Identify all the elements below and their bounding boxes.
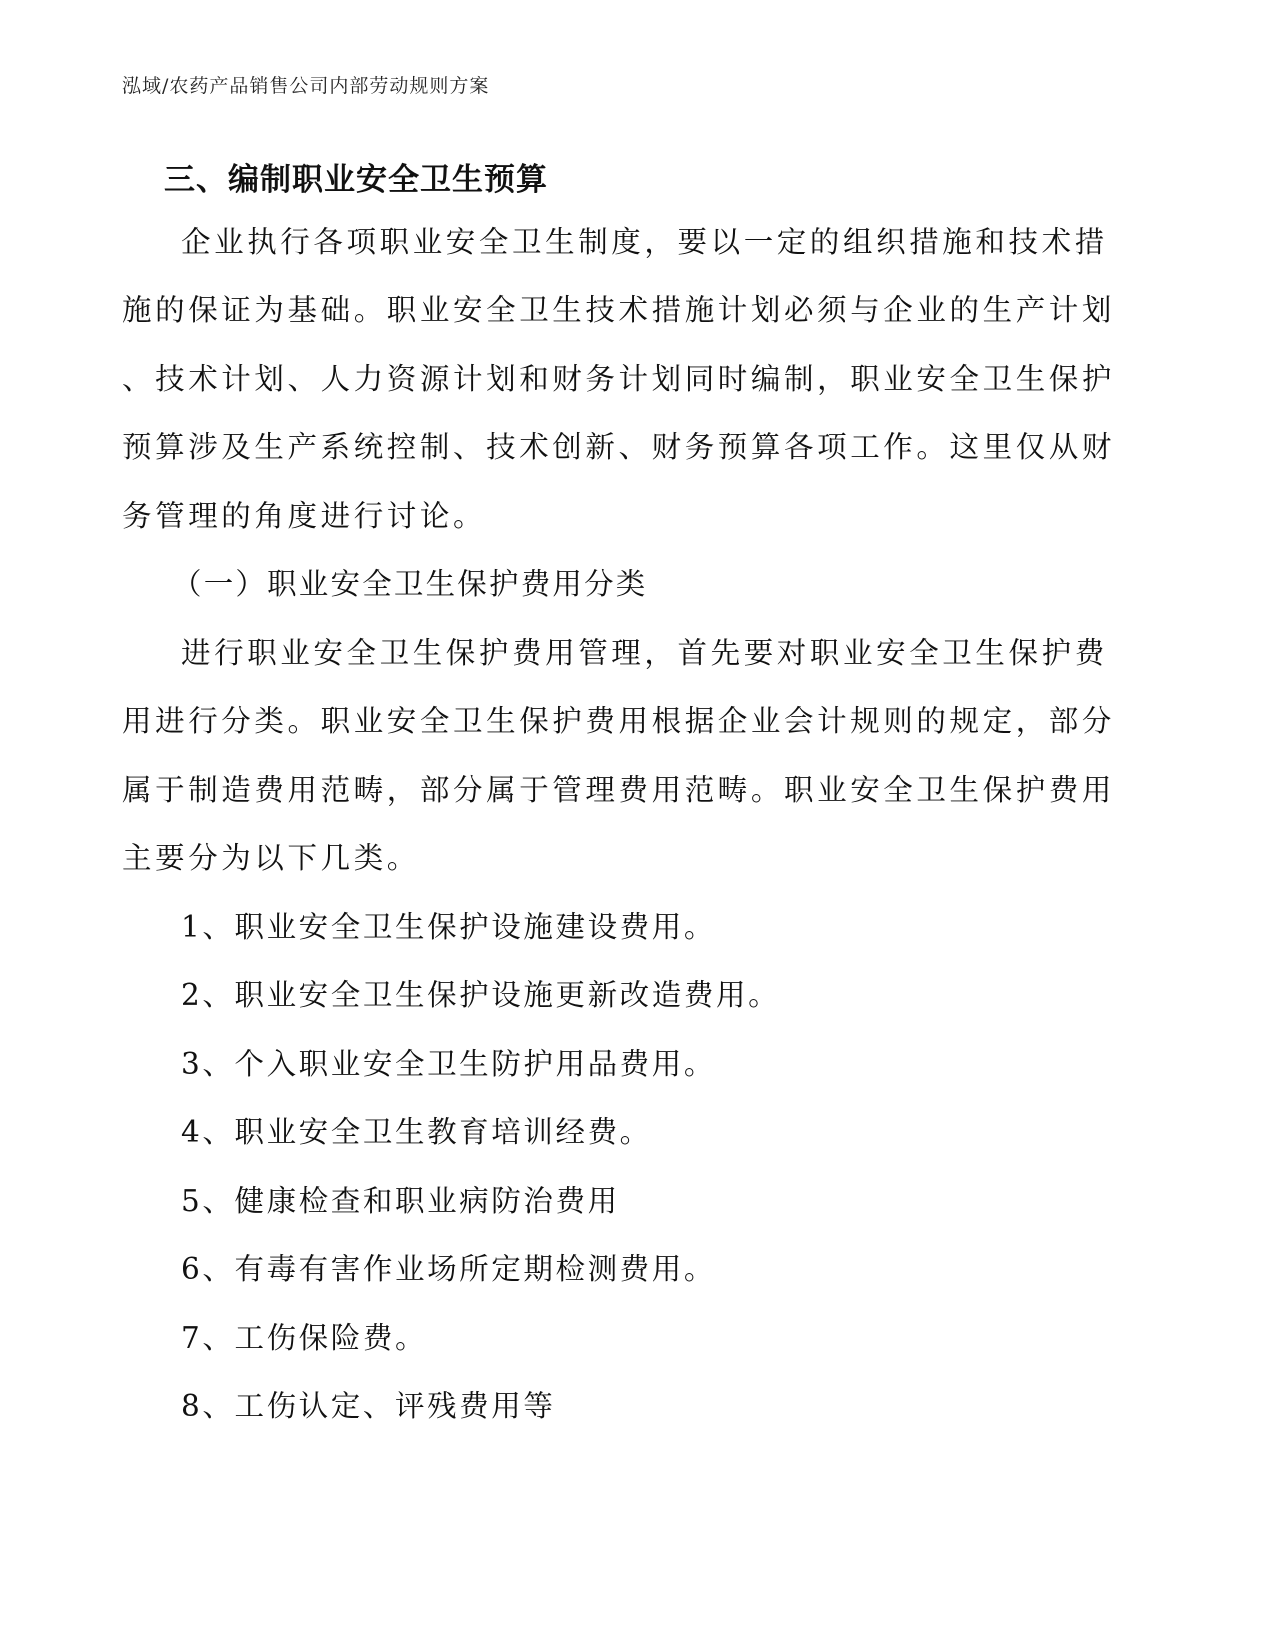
paragraph-line: 务管理的角度进行讨论。 (122, 496, 486, 536)
document-page: 泓域/农药产品销售公司内部劳动规则方案 三、编制职业安全卫生预算 企业执行各项职… (0, 0, 1275, 1650)
list-item: 6、有毒有害作业场所定期检测费用。 (181, 1249, 716, 1289)
paragraph-line: 主要分为以下几类。 (122, 838, 420, 878)
paragraph-line: 进行职业安全卫生保护费用管理，首先要对职业安全卫生保护费 (181, 633, 1108, 673)
paragraph-line: 施的保证为基础。职业安全卫生技术措施计划必须与企业的生产计划 (122, 290, 1115, 330)
paragraph-line: 预算涉及生产系统控制、技术创新、财务预算各项工作。这里仅从财 (122, 427, 1115, 467)
list-item: 8、工伤认定、评残费用等 (181, 1386, 555, 1426)
paragraph-line: 、技术计划、人力资源计划和财务计划同时编制，职业安全卫生保护 (122, 359, 1115, 399)
list-item: 4、职业安全卫生教育培训经费。 (181, 1112, 652, 1152)
running-header: 泓域/农药产品销售公司内部劳动规则方案 (122, 72, 489, 100)
paragraph-line: 用进行分类。职业安全卫生保护费用根据企业会计规则的规定，部分 (122, 701, 1115, 741)
list-item: 2、职业安全卫生保护设施更新改造费用。 (181, 975, 780, 1015)
list-item: 1、职业安全卫生保护设施建设费用。 (181, 907, 716, 947)
list-item: 5、健康检查和职业病防治费用 (181, 1181, 620, 1221)
paragraph-line: 属于制造费用范畴，部分属于管理费用范畴。职业安全卫生保护费用 (122, 770, 1115, 810)
paragraph-line: 企业执行各项职业安全卫生制度，要以一定的组织措施和技术措 (181, 222, 1108, 262)
section-title: 三、编制职业安全卫生预算 (164, 160, 548, 200)
list-item: 7、工伤保险费。 (181, 1318, 427, 1358)
list-item: 3、个入职业安全卫生防护用品费用。 (181, 1044, 716, 1084)
subsection-title: （一）职业安全卫生保护费用分类 (172, 564, 648, 604)
